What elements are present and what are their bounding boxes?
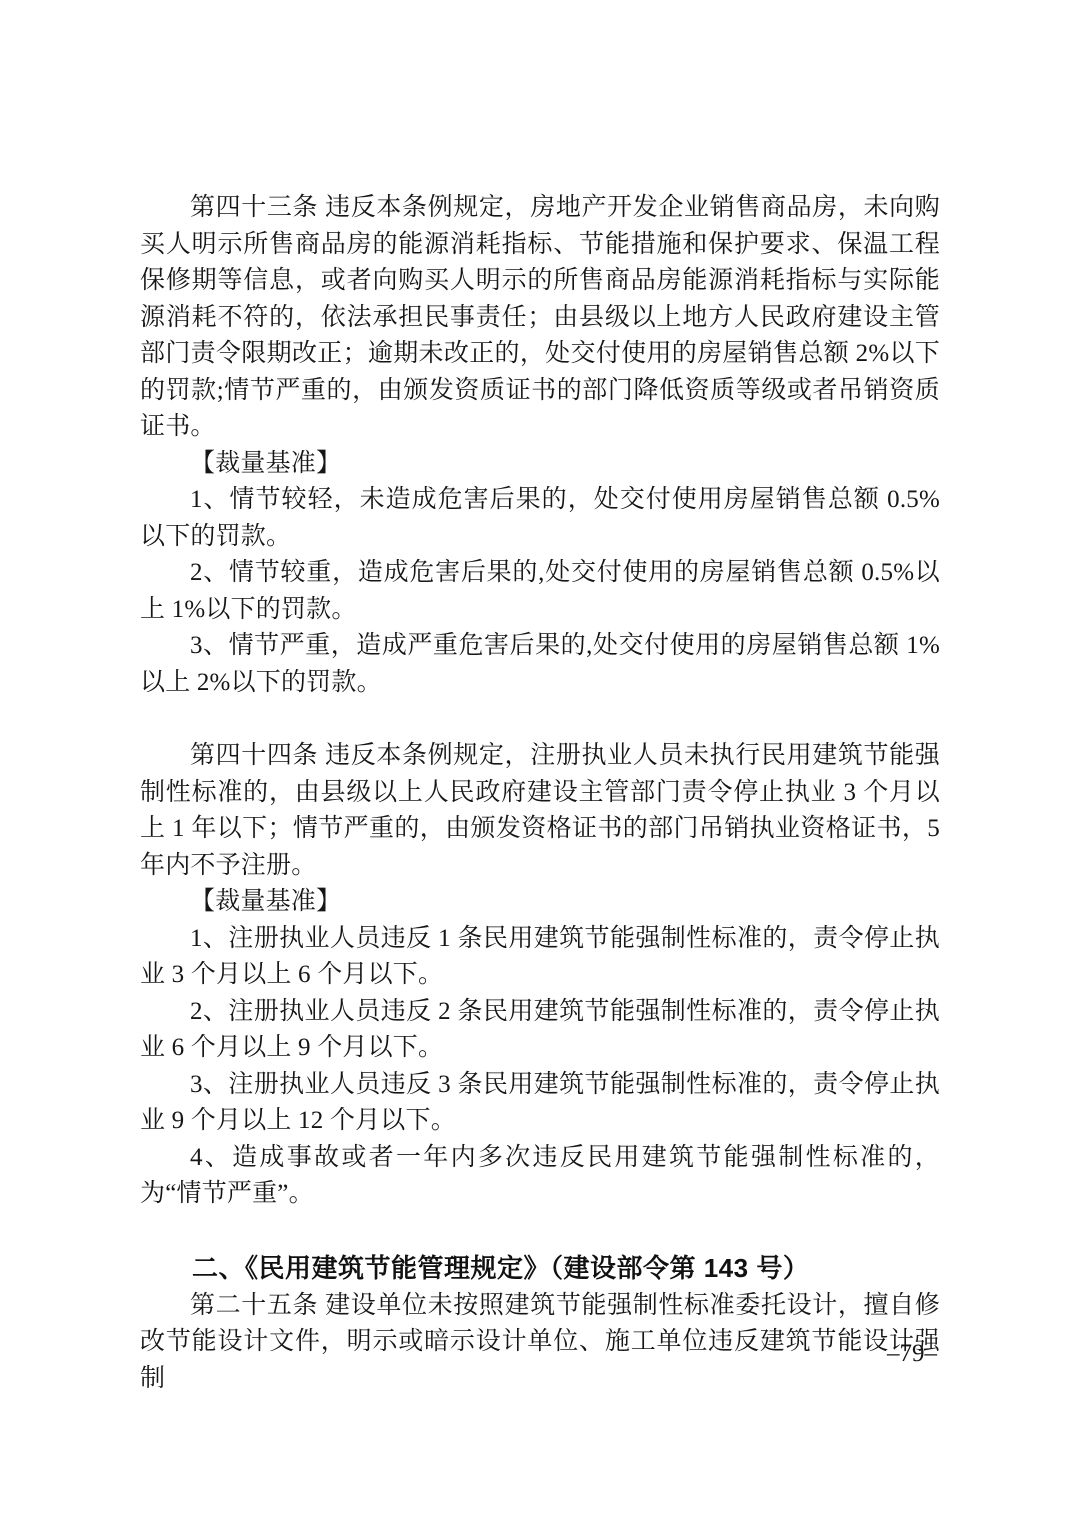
criteria-44-item-4: 4、造成事故或者一年内多次违反民用建筑节能强制性标准的，为“情节严重”。 [140,1140,940,1213]
paragraph-article-43: 第四十三条 违反本条例规定，房地产开发企业销售商品房，未向购买人明示所售商品房的… [140,190,940,446]
criteria-heading-44: 【裁量基准】 [140,884,940,921]
paragraph-article-25: 第二十五条 建设单位未按照建筑节能强制性标准委托设计，擅自修改节能设计文件，明示… [140,1288,940,1398]
document-content: 第四十三条 违反本条例规定，房地产开发企业销售商品房，未向购买人明示所售商品房的… [140,190,940,1397]
criteria-44-item-3: 3、注册执业人员违反 3 条民用建筑节能强制性标准的，责令停止执业 9 个月以上… [140,1067,940,1140]
document-page: 第四十三条 违反本条例规定，房地产开发企业销售商品房，未向购买人明示所售商品房的… [0,0,1075,1520]
criteria-43-item-1: 1、情节较轻，未造成危害后果的，处交付使用房屋销售总额 0.5%以下的罚款。 [140,482,940,555]
paragraph-article-44: 第四十四条 违反本条例规定，注册执业人员未执行民用建筑节能强制性标准的，由县级以… [140,738,940,884]
section-heading-regulation-143: 二、《民用建筑节能管理规定》（建设部令第 143 号） [140,1248,940,1288]
page-number: –79– [887,1340,937,1368]
criteria-44-item-1: 1、注册执业人员违反 1 条民用建筑节能强制性标准的，责令停止执业 3 个月以上… [140,921,940,994]
criteria-43-item-2: 2、情节较重，造成危害后果的,处交付使用的房屋销售总额 0.5%以上 1%以下的… [140,555,940,628]
criteria-heading-43: 【裁量基准】 [140,446,940,483]
criteria-44-item-2: 2、注册执业人员违反 2 条民用建筑节能强制性标准的，责令停止执业 6 个月以上… [140,994,940,1067]
criteria-43-item-3: 3、情节严重，造成严重危害后果的,处交付使用的房屋销售总额 1%以上 2%以下的… [140,628,940,701]
